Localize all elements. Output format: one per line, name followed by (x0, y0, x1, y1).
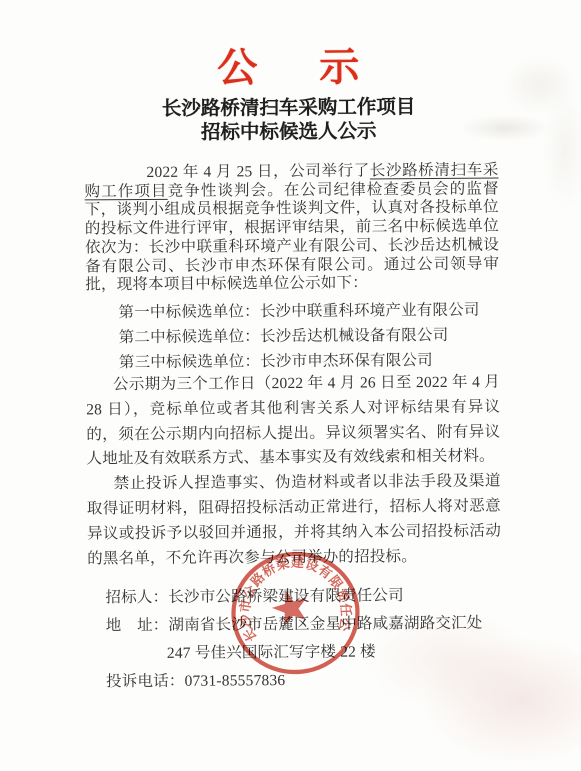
candidate-row-2: 第二中标候选单位：长沙岳达机械设备有限公司 (86, 323, 500, 351)
candidate-1-label: 第一中标候选单位： (118, 303, 259, 321)
candidate-1-name: 长沙中联重科环境产业有限公司 (260, 302, 480, 321)
candidate-3-name: 长沙市申杰环保有限公司 (260, 352, 433, 370)
candidate-3-label: 第三中标候选单位： (119, 353, 260, 371)
phone-label: 投诉电话： (106, 673, 185, 691)
intro-prefix: 2022 年 4 月 25 日，公司举行了 (146, 162, 369, 181)
document-content: 公示 长沙路桥清扫车采购工作项目 招标中标候选人公示 2022 年 4 月 25… (0, 0, 581, 771)
paragraph-intro: 2022 年 4 月 25 日，公司举行了长沙路桥清扫车采购工作项目竞争性谈判会… (84, 162, 499, 296)
seal-star-icon (268, 585, 312, 628)
candidate-row-1: 第一中标候选单位：长沙中联重科环境产业有限公司 (85, 298, 499, 326)
company-seal-stamp-icon: 长沙市公路桥梁建设有限责任公司 (222, 543, 369, 685)
paragraph-publicity-period: 公示期为三个工作日（2022 年 4 月 26 日至 2022 年 4 月 28… (86, 371, 501, 473)
candidate-list: 第一中标候选单位：长沙中联重科环境产业有限公司 第二中标候选单位：长沙岳达机械设… (85, 298, 500, 376)
scanned-document-page: 公示 长沙路桥清扫车采购工作项目 招标中标候选人公示 2022 年 4 月 25… (0, 0, 581, 771)
candidate-2-label: 第二中标候选单位： (119, 328, 260, 346)
candidate-2-name: 长沙岳达机械设备有限公司 (260, 327, 449, 345)
bidder-label: 招标人： (105, 589, 168, 606)
address-label: 地 址： (106, 617, 169, 634)
